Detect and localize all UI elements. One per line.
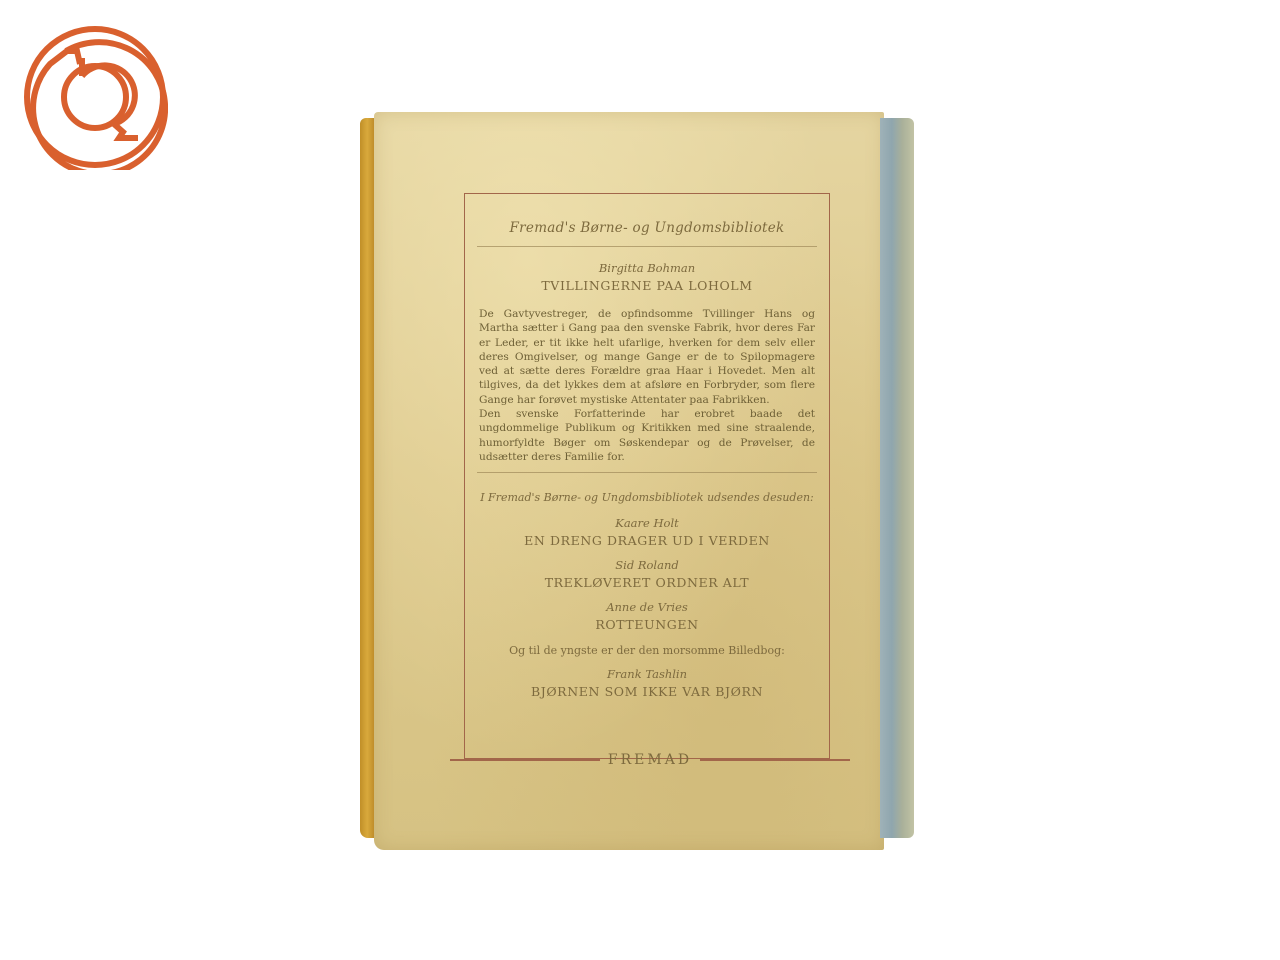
list-item: Sid Roland TREKLØVERET ORDNER ALT	[465, 558, 829, 590]
book-author: Anne de Vries	[465, 600, 829, 614]
divider	[477, 246, 817, 247]
circular-logo-icon	[22, 24, 168, 170]
book-title: EN DRENG DRAGER UD I VERDEN	[465, 533, 829, 548]
description-paragraph-2: Den svenske Forfatterinde har erobret ba…	[479, 408, 815, 463]
book-title: BJØRNEN SOM IKKE VAR BJØRN	[465, 684, 829, 699]
list-item: Anne de Vries ROTTEUNGEN	[465, 600, 829, 632]
book-author: Sid Roland	[465, 558, 829, 572]
divider	[700, 759, 850, 761]
brand-logo[interactable]	[22, 24, 168, 170]
book-title: TREKLØVERET ORDNER ALT	[465, 575, 829, 590]
publisher-name: FREMAD	[600, 752, 700, 768]
publisher-imprint: FREMAD	[450, 750, 850, 770]
description-paragraph-1: De Gavtyvestreger, de opfindsomme Tvilli…	[479, 308, 815, 406]
also-published-intro: I Fremad's Børne- og Ungdomsbibliotek ud…	[479, 491, 815, 505]
list-item: Frank Tashlin BJØRNEN SOM IKKE VAR BJØRN	[465, 667, 829, 699]
list-item: Kaare Holt EN DRENG DRAGER UD I VERDEN	[465, 516, 829, 548]
text-frame: Fremad's Børne- og Ungdomsbibliotek Birg…	[464, 193, 830, 759]
divider	[477, 472, 817, 473]
series-heading: Fremad's Børne- og Ungdomsbibliotek	[465, 220, 829, 236]
book-author: Kaare Holt	[465, 516, 829, 530]
book-title: ROTTEUNGEN	[465, 617, 829, 632]
featured-author: Birgitta Bohman	[465, 261, 829, 275]
book-cover: Fremad's Børne- og Ungdomsbibliotek Birg…	[374, 112, 884, 850]
book-spine	[880, 118, 914, 838]
featured-description: De Gavtyvestreger, de opfindsomme Tvilli…	[479, 307, 815, 464]
featured-title: TVILLINGERNE PAA LOHOLM	[465, 278, 829, 293]
book-back-cover: Fremad's Børne- og Ungdomsbibliotek Birg…	[360, 112, 918, 850]
divider	[450, 759, 600, 761]
book-author: Frank Tashlin	[465, 667, 829, 681]
picture-book-note: Og til de yngste er der den morsomme Bil…	[465, 644, 829, 657]
